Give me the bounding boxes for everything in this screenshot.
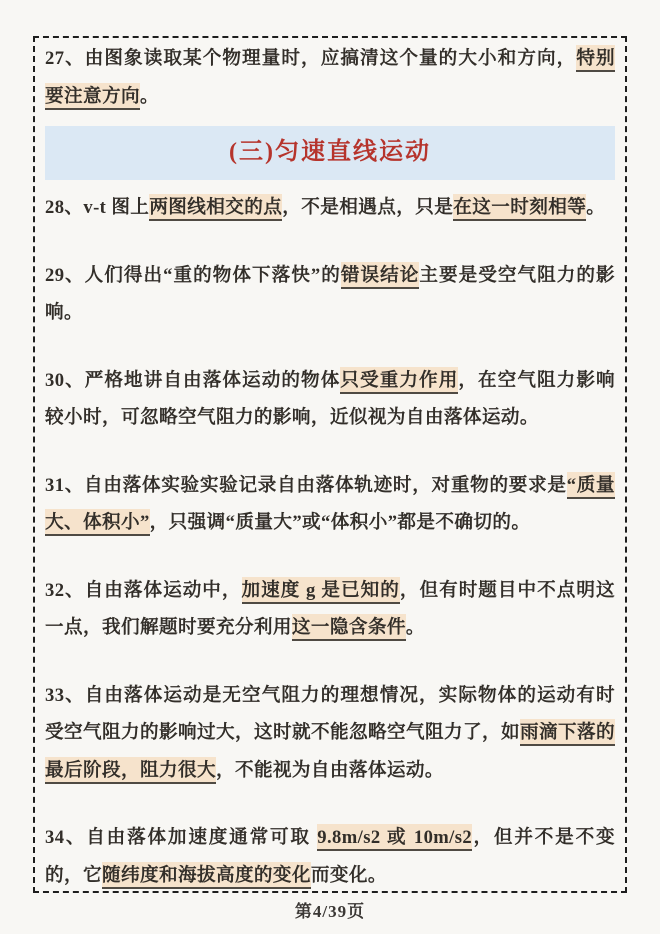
plain-text: 30、严格地讲自由落体运动的物体 [45, 370, 340, 391]
highlighted-text: 这一隐含条件 [292, 614, 406, 641]
plain-text: 31、自由落体实验实验记录自由落体轨迹时，对重物的要求是 [45, 475, 567, 496]
note-item: 28、v-t 图上两图线相交的点，不是相遇点，只是在这一时刻相等。 [45, 189, 615, 227]
section-heading: (三)匀速直线运动 [45, 126, 615, 180]
document-body: 27、由图象读取某个物理量时，应搞清这个量的大小和方向，特别要注意方向。(三)匀… [45, 40, 615, 893]
note-item: 29、人们得出“重的物体下落快”的错误结论主要是受空气阻力的影响。 [45, 257, 615, 332]
highlighted-text: 加速度 g 是已知的 [242, 577, 400, 604]
page-number: 第4/39页 [0, 897, 660, 922]
note-item: 34、自由落体加速度通常可取 9.8m/s2 或 10m/s2，但并不是不变的，… [45, 819, 615, 893]
plain-text: 27、由图象读取某个物理量时，应搞清这个量的大小和方向， [45, 48, 576, 69]
plain-text: 。 [586, 197, 605, 218]
plain-text: 。 [140, 86, 159, 107]
highlighted-text: 在这一时刻相等 [453, 194, 586, 221]
note-item: 31、自由落体实验实验记录自由落体轨迹时，对重物的要求是“质量大、体积小”，只强… [45, 467, 615, 542]
highlighted-text: 错误结论 [341, 262, 420, 289]
plain-text: ，不是相遇点，只是 [282, 197, 453, 218]
plain-text: 34、自由落体加速度通常可取 [45, 827, 317, 848]
note-item: 33、自由落体运动是无空气阻力的理想情况，实际物体的运动有时受空气阻力的影响过大… [45, 677, 615, 790]
plain-text: ，不能视为自由落体运动。 [216, 760, 444, 781]
plain-text: 32、自由落体运动中， [45, 580, 242, 601]
plain-text: ，只强调“质量大”或“体积小”都是不确切的。 [150, 512, 531, 533]
highlighted-text: 随纬度和海拔高度的变化 [102, 862, 311, 889]
highlighted-text: 两图线相交的点 [149, 194, 282, 221]
note-item: 27、由图象读取某个物理量时，应搞清这个量的大小和方向，特别要注意方向。 [45, 40, 615, 115]
plain-text: 28、v-t 图上 [45, 197, 149, 218]
plain-text: 而变化。 [311, 865, 387, 886]
plain-text: 29、人们得出“重的物体下落快”的 [45, 265, 341, 286]
highlighted-text: 只受重力作用 [340, 367, 458, 394]
highlighted-text: 9.8m/s2 或 10m/s2 [317, 824, 472, 851]
notes-sheet: 27、由图象读取某个物理量时，应搞清这个量的大小和方向，特别要注意方向。(三)匀… [33, 36, 627, 893]
note-item: 32、自由落体运动中，加速度 g 是已知的，但有时题目中不点明这一点，我们解题时… [45, 572, 615, 647]
plain-text: 。 [406, 617, 425, 638]
note-item: 30、严格地讲自由落体运动的物体只受重力作用，在空气阻力影响较小时，可忽略空气阻… [45, 362, 615, 437]
